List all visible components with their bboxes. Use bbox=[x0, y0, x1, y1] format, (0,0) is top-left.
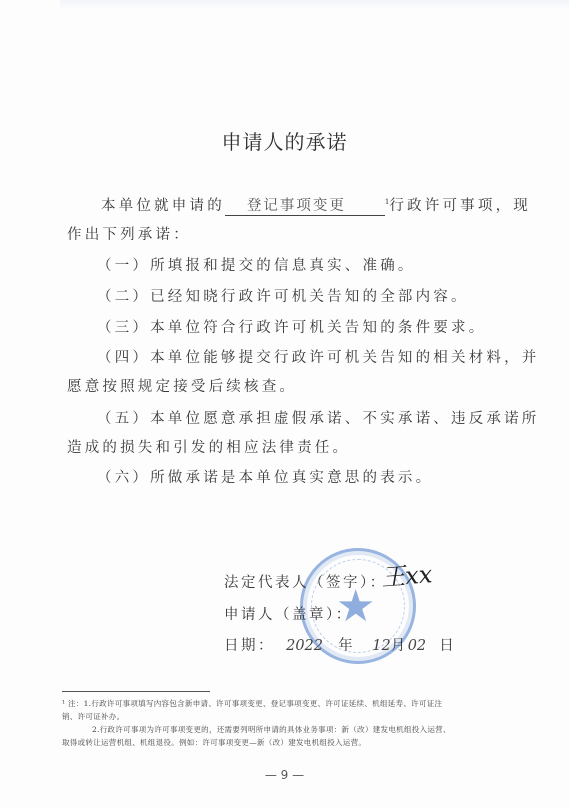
footnote-line-2: 销、许可证补办。 bbox=[62, 711, 124, 722]
footnote-line-4: 取得或转让运营机组、机组退役。例如：许可事项变更—新（改）建发电机组投入运营。 bbox=[62, 737, 366, 748]
date-label: 日期： bbox=[224, 638, 275, 654]
legal-rep-label: 法定代表人（签字）： bbox=[224, 571, 387, 592]
commitment-item-5: （五）本单位愿意承担虚假承诺、不实承诺、违反承诺所 bbox=[97, 407, 540, 428]
commitment-item-6: （六）所做承诺是本单位真实意思的表示。 bbox=[97, 466, 433, 487]
intro-suffix: 行政许可事项，现 bbox=[389, 198, 531, 214]
footnote-line-1: ¹ 注：1.行政许可事项填写内容包含新申请、许可事项变更、登记事项变更、许可证延… bbox=[62, 698, 442, 709]
month-unit: 月 bbox=[391, 638, 408, 654]
year-unit: 年 bbox=[338, 638, 355, 654]
commitment-item-3: （三）本单位符合行政许可机关告知的条件要求。 bbox=[97, 316, 486, 337]
intro-line-2: 作出下列承诺： bbox=[67, 223, 191, 244]
date-year: 2022 bbox=[286, 638, 323, 654]
commitment-item-2: （二）已经知晓行政许可机关告知的全部内容。 bbox=[97, 285, 469, 306]
commitment-item-1: （一）所填报和提交的信息真实、准确。 bbox=[97, 254, 416, 275]
scan-edge bbox=[60, 0, 569, 10]
day-unit: 日 bbox=[439, 638, 456, 654]
footnote-line-3: 2.行政许可事项为许可事项变更的，还需要列明所申请的具体业务事项：新（改）建发电… bbox=[92, 724, 451, 735]
handwritten-signature: 王xx bbox=[380, 554, 433, 592]
commitment-item-4-cont: 愿意按照规定接受后续核查。 bbox=[67, 375, 297, 396]
date-line: 日期： 2022 年 12月02 日 bbox=[224, 634, 456, 655]
date-day: 02 bbox=[408, 638, 426, 654]
applicant-label: 申请人（盖章）： bbox=[224, 603, 353, 624]
footnote-divider bbox=[62, 691, 210, 692]
intro-line-1: 本单位就申请的登记事项变更1行政许可事项，现 bbox=[101, 194, 531, 216]
date-month: 12 bbox=[372, 638, 390, 654]
filled-item-field: 登记事项变更 bbox=[225, 194, 385, 216]
page-number: — 9 — bbox=[0, 768, 569, 782]
page-title: 申请人的承诺 bbox=[0, 126, 569, 155]
commitment-item-5-cont: 造成的损失和引发的相应法律责任。 bbox=[67, 436, 350, 457]
intro-prefix: 本单位就申请的 bbox=[101, 198, 225, 214]
commitment-item-4: （四）本单位能够提交行政许可机关告知的相关材料，并 bbox=[97, 346, 540, 367]
